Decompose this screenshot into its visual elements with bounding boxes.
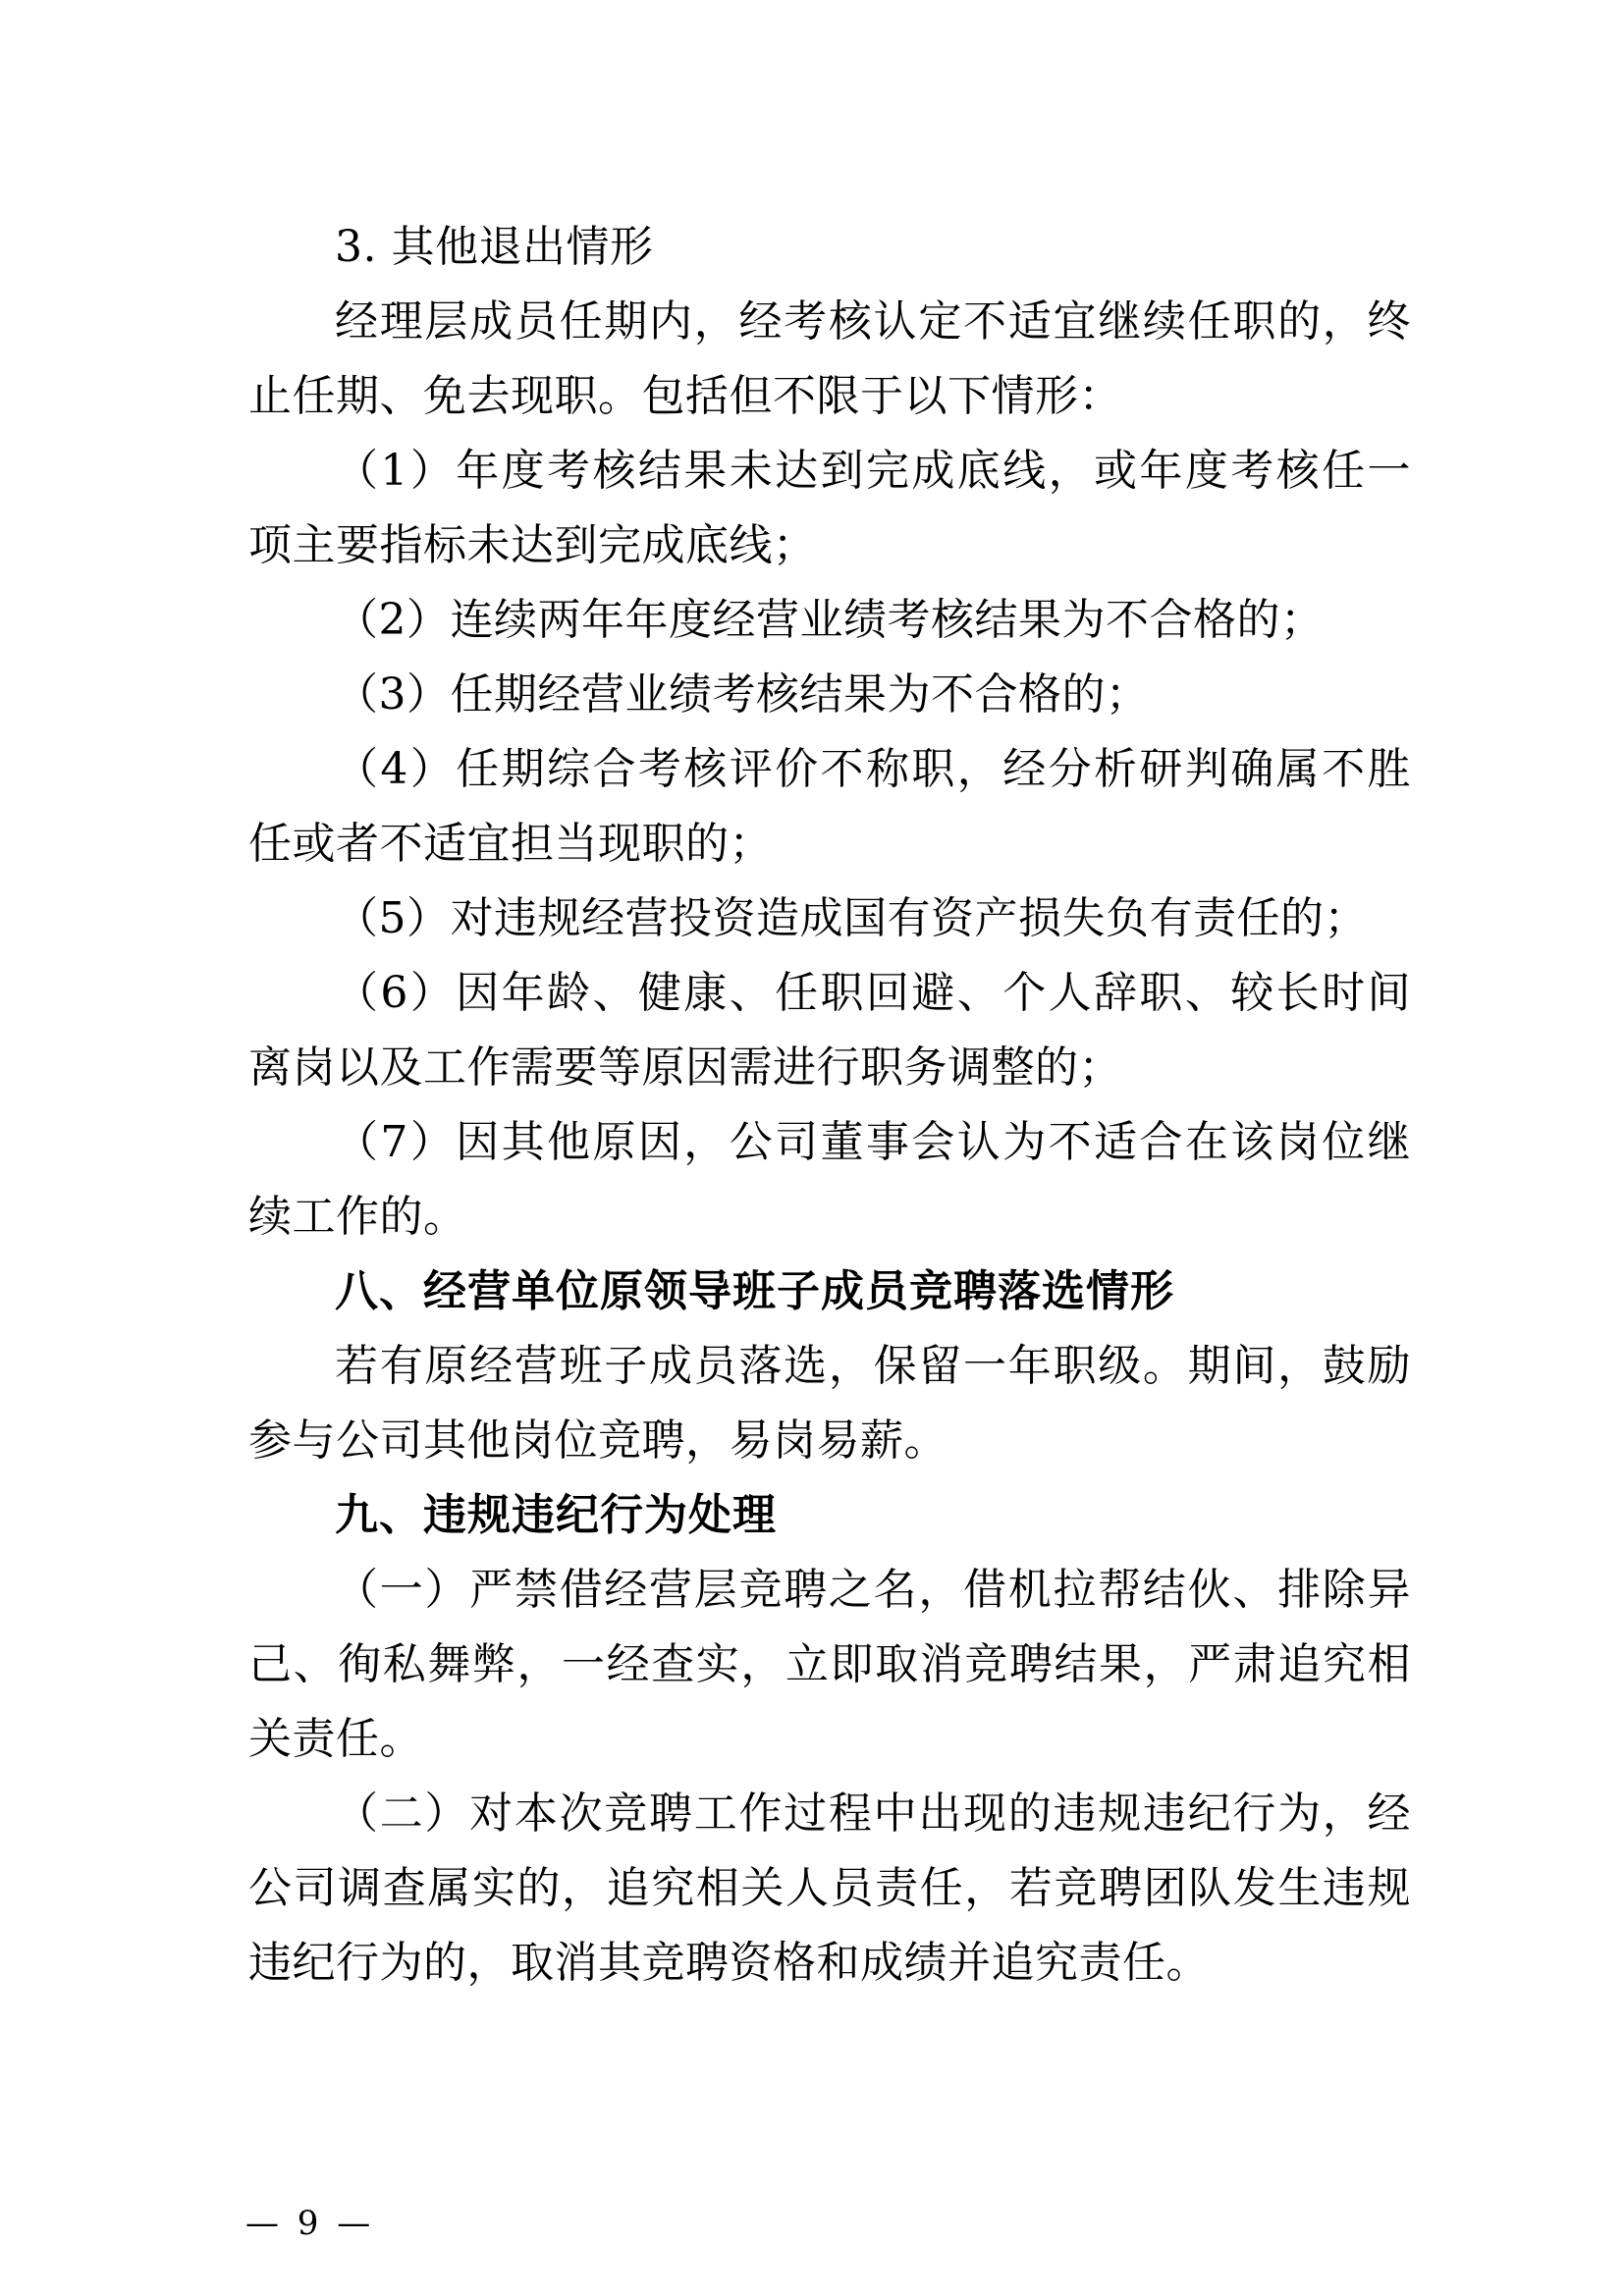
text-line: 公司调查属实的，追究相关人员责任，若竞聘团队发生违规 <box>248 1851 1411 1926</box>
text-line: （7）因其他原因，公司董事会认为不适合在该岗位继 <box>248 1105 1411 1180</box>
text-line: 止任期、免去现职。包括但不限于以下情形： <box>248 359 1411 434</box>
text-line: 3. 其他退出情形 <box>248 210 1411 285</box>
section-heading: 九、违规违纪行为处理 <box>248 1478 1411 1553</box>
text-line: （二）对本次竞聘工作过程中出现的违规违纪行为，经 <box>248 1777 1411 1851</box>
text-line: 续工作的。 <box>248 1180 1411 1255</box>
text-line: 项主要指标未达到完成底线； <box>248 508 1411 583</box>
text-line: 己、徇私舞弊，一经查实，立即取消竞聘结果，严肃追究相 <box>248 1628 1411 1702</box>
text-line: 离岗以及工作需要等原因需进行职务调整的； <box>248 1031 1411 1105</box>
section-heading: 八、经营单位原领导班子成员竞聘落选情形 <box>248 1255 1411 1329</box>
text-line: 关责任。 <box>248 1702 1411 1777</box>
text-line: 若有原经营班子成员落选，保留一年职级。期间，鼓励 <box>248 1329 1411 1404</box>
text-line: （3）任期经营业绩考核结果为不合格的； <box>248 658 1411 732</box>
text-line: 违纪行为的，取消其竞聘资格和成绩并追究责任。 <box>248 1926 1411 2001</box>
text-line: 参与公司其他岗位竞聘，易岗易薪。 <box>248 1404 1411 1478</box>
document-body-text: 3. 其他退出情形经理层成员任期内，经考核认定不适宜继续任职的，终止任期、免去现… <box>248 210 1411 2001</box>
text-line: （4）任期综合考核评价不称职，经分析研判确属不胜 <box>248 732 1411 807</box>
text-line: （一）严禁借经营层竞聘之名，借机拉帮结伙、排除异 <box>248 1553 1411 1628</box>
text-line: （6）因年龄、健康、任职回避、个人辞职、较长时间 <box>248 956 1411 1031</box>
text-line: 经理层成员任期内，经考核认定不适宜继续任职的，终 <box>248 285 1411 359</box>
text-line: （5）对违规经营投资造成国有资产损失负有责任的； <box>248 881 1411 956</box>
text-line: （1）年度考核结果未达到完成底线，或年度考核任一 <box>248 434 1411 508</box>
text-line: （2）连续两年年度经营业绩考核结果为不合格的； <box>248 583 1411 658</box>
page-number: — 9 — <box>245 2202 374 2245</box>
text-line: 任或者不适宜担当现职的； <box>248 807 1411 881</box>
document-page: 3. 其他退出情形经理层成员任期内，经考核认定不适宜继续任职的，终止任期、免去现… <box>0 0 1624 2296</box>
